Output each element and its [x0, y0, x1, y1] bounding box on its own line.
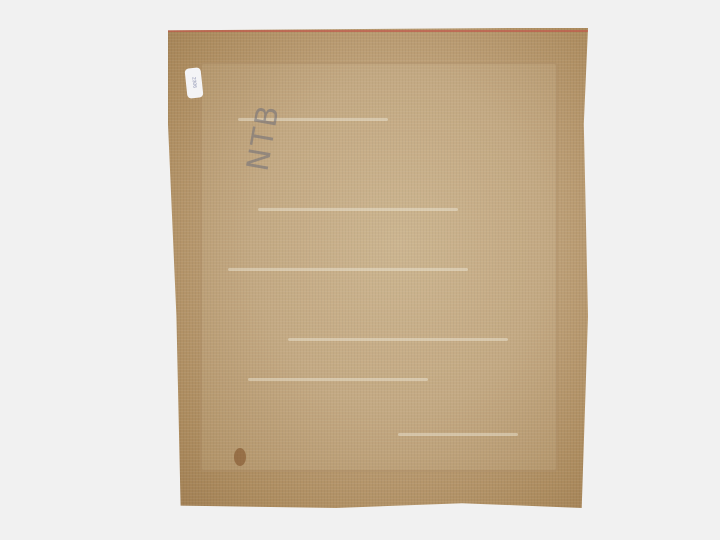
inventory-label: 2306 [184, 67, 203, 99]
red-selvedge-edge [168, 30, 588, 32]
fabric-streak [258, 208, 458, 211]
fabric-streak [398, 433, 518, 436]
canvas-back: 2306 NTB [168, 28, 588, 508]
fabric-streak [248, 378, 428, 381]
fabric-streak [228, 268, 468, 271]
stain-mark [234, 448, 246, 466]
fabric-streak [288, 338, 508, 341]
